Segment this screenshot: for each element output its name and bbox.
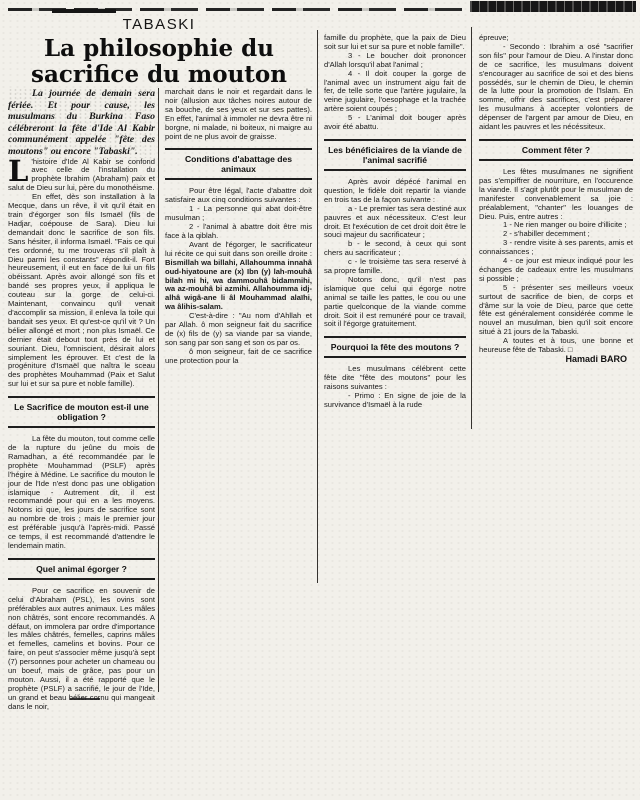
tas-item-b: b - le second, à ceux qui sont chers au … xyxy=(324,240,466,258)
column-3: famille du prophète, que la paix de Dieu… xyxy=(324,34,466,410)
paragraph-mecque: En effet, dès son installation à la Mecq… xyxy=(8,193,155,389)
paragraph-voeux-final: A toutes et à tous, une bonne et heureus… xyxy=(479,337,633,355)
condition-item-4: 4 - Il doit couper la gorge de l'animal … xyxy=(324,70,466,115)
headline: La philosophie du sacrifice du mouton xyxy=(8,36,310,88)
kicker: TABASKI xyxy=(8,16,310,33)
headline-line-1: La philosophie du xyxy=(8,36,310,62)
top-rule-segment-artifact xyxy=(52,9,116,13)
column-divider-3 xyxy=(471,27,472,429)
section-heading-comment-feter: Comment fêter ? xyxy=(479,139,633,161)
paragraph-animal-criteres: marchait dans le noir et regardait dans … xyxy=(165,88,312,141)
paragraph-famille-prophete: famille du prophète, que la paix de Dieu… xyxy=(324,34,466,52)
paragraph-primo: - Primo : En signe de joie de la surviva… xyxy=(324,392,466,410)
paragraph-secondo: - Secondo : Ibrahim a osé "sacrifier son… xyxy=(479,43,633,132)
paragraph-protection: ô mon seigneur, fait de ce sacrifice une… xyxy=(165,348,312,366)
paragraph-traduction: C'est-à-dire : "Au nom d'Ahllah et par A… xyxy=(165,312,312,348)
paragraph-quel-animal: Pour ce sacrifice en souvenir de celui d… xyxy=(8,587,155,712)
top-black-bar-artifact xyxy=(470,1,636,12)
feter-item-5: 5 - présenter ses meilleurs voeux surtou… xyxy=(479,284,633,337)
paragraph-notons: Notons donc, qu'il n'est pas islamique q… xyxy=(324,276,466,329)
paragraph-history-text: 'histoire d'Ide Al Kabir se confond avec… xyxy=(8,157,155,193)
tas-item-a: a - Le premier tas sera destiné aux pauv… xyxy=(324,205,466,241)
section-heading-obligation: Le Sacrifice de mouton est-il une obliga… xyxy=(8,396,155,428)
scanned-newspaper-page: TABASKI La philosophie du sacrifice du m… xyxy=(0,0,640,800)
column-divider-1 xyxy=(158,88,159,692)
column-2: marchait dans le noir et regardait dans … xyxy=(165,88,312,366)
paragraph-depecage: Après avoir dépécé l'animal en question,… xyxy=(324,178,466,205)
column-1: La journée de demain sera fériée. Et pou… xyxy=(8,88,155,712)
section-heading-beneficiaires: Les bénéficiaires de la viande de l'anim… xyxy=(324,139,466,171)
condition-item-3: 3 - Le boucher doit prononcer d'Allah lo… xyxy=(324,52,466,70)
condition-item-2: 2 - l'animal à abattre doit être mis fac… xyxy=(165,223,312,241)
byline: Hamadi BARO xyxy=(479,355,633,364)
tas-item-c: c - le troisième tas sera reservé à sa p… xyxy=(324,258,466,276)
paragraph-fetes-intro: Les fêtes musulmanes ne signifient pas s… xyxy=(479,168,633,221)
masthead: TABASKI La philosophie du sacrifice du m… xyxy=(8,16,310,88)
invocation-arabic: Bismillah wa billahi, Allahoumma innahâ … xyxy=(165,258,312,312)
lede: La journée de demain sera fériée. Et pou… xyxy=(8,88,155,158)
headline-line-2: sacrifice du mouton xyxy=(8,62,310,88)
condition-item-1: 1 - La personne qui abat doit-être musul… xyxy=(165,205,312,223)
section-heading-quel-animal: Quel animal égorger ? xyxy=(8,558,155,580)
column-4: épreuve; - Secondo : Ibrahim a osé "sacr… xyxy=(479,34,633,364)
paragraph-raisons-intro: Les musulmans célébrent cette fête dite … xyxy=(324,365,466,392)
condition-item-5: 5 - L'animal doit bouger après avoir été… xyxy=(324,114,466,132)
paragraph-history: L'histoire d'Ide Al Kabir se confond ave… xyxy=(8,158,155,194)
invocation-intro: Avant de l'égorger, le sacrificateur lui… xyxy=(165,240,312,258)
section-heading-pourquoi: Pourquoi la fête des moutons ? xyxy=(324,336,466,358)
paragraph-invocation: Avant de l'égorger, le sacrificateur lui… xyxy=(165,241,312,312)
column-divider-2 xyxy=(317,30,318,583)
section-heading-conditions: Conditions d'abattage des animaux xyxy=(165,148,312,180)
drop-cap: L xyxy=(8,159,28,183)
paragraph-obligation: La fête du mouton, tout comme celle de l… xyxy=(8,435,155,551)
feter-item-4: 4 - ce jour est mieux indiqué pour les é… xyxy=(479,257,633,284)
feter-item-3: 3 - rendre visite à ses parents, amis et… xyxy=(479,239,633,257)
paragraph-conditions-intro: Pour être légal, l'acte d'abattre doit s… xyxy=(165,187,312,205)
